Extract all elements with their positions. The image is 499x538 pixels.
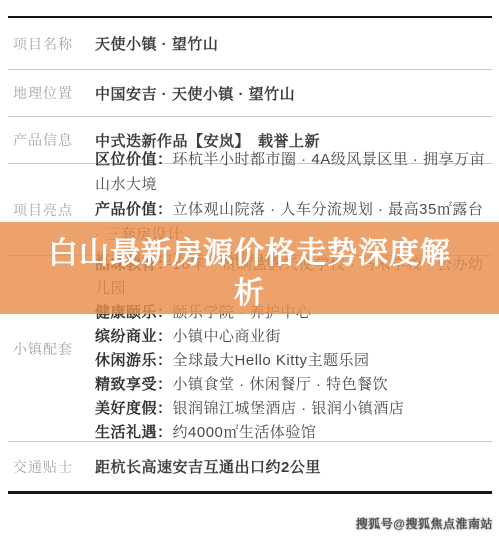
line-key: 缤纷商业： bbox=[95, 328, 173, 345]
row-label: 项目名称 bbox=[8, 34, 95, 54]
row-value: 距杭长高速安吉互通出口约2公里 bbox=[95, 456, 321, 477]
line-value: 银润锦江城堡酒店 · 银润小镇酒店 bbox=[173, 400, 405, 417]
row-label: 项目亮点 bbox=[8, 200, 95, 220]
row-label: 交通贴士 bbox=[8, 457, 95, 477]
row-value: 中国安吉 · 天使小镇 · 望竹山 bbox=[95, 83, 295, 104]
row-label: 小镇配套 bbox=[8, 339, 95, 359]
line-key: 产品价值： bbox=[95, 201, 173, 218]
amenity-line: 生活礼遇：约4000㎡生活体验馆 bbox=[95, 421, 492, 445]
line-key: 美好度假： bbox=[95, 400, 173, 417]
row-label: 地理位置 bbox=[8, 83, 95, 103]
line-key: 区位价值： bbox=[95, 151, 173, 168]
line-value: 约4000㎡生活体验馆 bbox=[173, 424, 317, 441]
sohu-watermark: 搜狐号@搜狐焦点淮南站 bbox=[356, 515, 493, 532]
line-value: 全球最大Hello Kitty主题乐园 bbox=[173, 352, 370, 369]
line-value: 小镇中心商业街 bbox=[173, 328, 282, 345]
row-label: 产品信息 bbox=[8, 130, 95, 150]
table-row-location: 地理位置 中国安吉 · 天使小镇 · 望竹山 bbox=[8, 70, 492, 117]
table-row-traffic-tips: 交通贴士 距杭长高速安吉互通出口约2公里 bbox=[8, 442, 492, 491]
amenity-line: 美好度假：银润锦江城堡酒店 · 银润小镇酒店 bbox=[95, 397, 492, 421]
amenity-line: 休闲游乐：全球最大Hello Kitty主题乐园 bbox=[95, 349, 492, 373]
line-key: 精致享受： bbox=[95, 376, 173, 393]
table-row-project-name: 项目名称 天使小镇 · 望竹山 bbox=[8, 18, 492, 70]
row-value: 天使小镇 · 望竹山 bbox=[95, 33, 218, 54]
banner-title: 白山最新房源价格走势深度解析 bbox=[44, 234, 456, 314]
table-bottom-rule bbox=[8, 491, 492, 494]
amenity-line: 精致享受：小镇食堂 · 休闲餐厅 · 特色餐饮 bbox=[95, 373, 492, 397]
amenity-line: 缤纷商业：小镇中心商业街 bbox=[95, 325, 492, 349]
line-value: 小镇食堂 · 休闲餐厅 · 特色餐饮 bbox=[173, 376, 389, 393]
infographic-page: 项目名称 天使小镇 · 望竹山 地理位置 中国安吉 · 天使小镇 · 望竹山 产… bbox=[0, 0, 499, 538]
line-key: 休闲游乐： bbox=[95, 352, 173, 369]
price-trend-banner: 白山最新房源价格走势深度解析 bbox=[0, 222, 499, 314]
highlight-line: 区位价值：环杭半小时都市圈 · 4A级风景区里 · 拥享万亩山水大境 bbox=[95, 147, 492, 197]
line-key: 生活礼遇： bbox=[95, 424, 173, 441]
